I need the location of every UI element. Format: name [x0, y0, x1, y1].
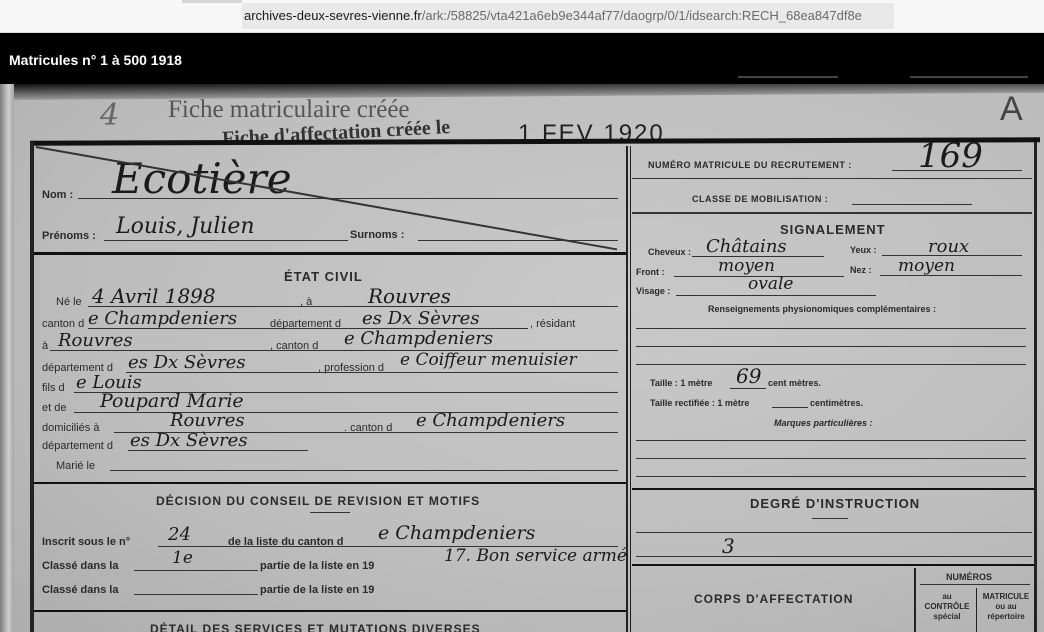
ne-le-value: 4 Avril 1898 [92, 284, 216, 308]
nom-label: Nom : [42, 189, 73, 201]
book-spine-edge [0, 84, 14, 632]
degre-value: 3 [722, 534, 735, 558]
yeux-label: Yeux : [850, 245, 877, 255]
front-value: moyen [718, 256, 775, 276]
prenoms-label: Prénoms : [42, 230, 96, 242]
classe-mob-label: CLASSE DE MOBILISATION : [692, 194, 828, 204]
nez-label: Nez : [850, 265, 872, 275]
a-value: Rouvres [368, 284, 451, 308]
column-divider [630, 146, 631, 632]
frame-left [30, 142, 34, 632]
decision-title: DÉCISION DU CONSEIL DE REVISION ET MOTIF… [156, 494, 480, 508]
canton2-value: e Champdeniers [344, 328, 493, 349]
departement3-value: es Dx Sèvres [130, 430, 248, 451]
browser-tab-indicator [182, 0, 242, 3]
visage-line [676, 295, 876, 296]
classe1-value: 1e [172, 548, 193, 568]
surnoms-line [418, 240, 618, 241]
section-divider [34, 252, 626, 255]
partie1-value: 17. Bon service armé [444, 546, 627, 566]
url-host: archives-deux-sevres-vienne.fr [244, 8, 422, 23]
degre-title: DEGRÉ D'INSTRUCTION [750, 496, 920, 511]
classe1-line [134, 570, 258, 571]
departement3-line [128, 450, 308, 451]
viewer-header: Matricules n° 1 à 500 1918 [0, 34, 1044, 90]
domicilies-label: domiciliés à [42, 422, 99, 434]
residant-label: , résidant [530, 318, 575, 330]
marques-label: Marques particulières : [774, 418, 873, 428]
url-path: /ark:/58825/vta421a6eb9e344af77/daogrp/0… [422, 8, 862, 23]
numeros-col1: au CONTRÔLE spécial [920, 592, 974, 622]
column-divider [976, 588, 977, 632]
section-divider [34, 610, 626, 612]
marie-le-line [110, 470, 618, 471]
marie-le-label: Marié le [56, 460, 95, 472]
classe-mob-line [852, 204, 972, 205]
departement3-label: département d [42, 440, 113, 452]
marques-line [636, 440, 1026, 441]
section-divider [632, 564, 1034, 566]
numero-label: NUMÉRO MATRICULE DU RECRUTEMENT : [648, 160, 852, 170]
nez-value: moyen [898, 256, 955, 276]
header-decoration [910, 76, 1028, 78]
partie1-label: partie de la liste en 19 [260, 560, 374, 572]
et-de-label: et de [42, 402, 66, 414]
residant-a-label: à [42, 340, 48, 352]
yeux-value: roux [928, 236, 969, 257]
canton-label: canton d [42, 318, 84, 330]
taille-label: Taille : 1 mètre [650, 378, 712, 388]
residant-value: Rouvres [58, 330, 133, 351]
page-shadow [0, 84, 1044, 100]
title-underline [812, 518, 848, 519]
prenoms-value: Louis, Julien [116, 214, 255, 239]
taille-unit: cent mètres. [768, 378, 821, 388]
surnoms-label: Surnoms : [350, 229, 404, 241]
services-title: DÉTAIL DES SERVICES ET MUTATIONS DIVERSE… [150, 622, 481, 632]
ne-le-label: Né le [56, 296, 82, 308]
section-divider [632, 178, 1032, 179]
section-divider [632, 212, 1032, 214]
document-scan-image[interactable]: Fiche matriculaire créée Fiche d'affecta… [0, 84, 1044, 632]
renseignements-line [636, 346, 1026, 347]
cheveux-value: Châtains [706, 236, 787, 257]
browser-toolbar: archives-deux-sevres-vienne.fr/ark:/5882… [0, 0, 1044, 33]
frame-right [1034, 142, 1037, 632]
classe2-line [134, 594, 258, 595]
classe2-label: Classé dans la [42, 584, 118, 596]
renseignements-line [636, 328, 1026, 329]
profession-line [126, 372, 618, 373]
marques-line [636, 458, 1026, 459]
inscrit-value: 24 [168, 524, 191, 545]
degre-line [636, 532, 1032, 533]
nom-value: Ecotière [112, 154, 292, 203]
domicilies-value: Rouvres [170, 410, 245, 431]
fils-de-label: fils d [42, 382, 65, 394]
visage-value: ovale [748, 274, 793, 294]
signalement-title: SIGNALEMENT [780, 222, 886, 237]
prenoms-line [104, 240, 348, 241]
taille-rect-label: Taille rectifiée : 1 mètre [650, 398, 749, 408]
numero-value: 169 [918, 136, 983, 176]
departement-value: es Dx Sèvres [362, 308, 480, 329]
numeros-col2: MATRICULE ou au répertoire [978, 592, 1034, 622]
nez-line [880, 275, 1022, 276]
title-underline [310, 512, 350, 513]
corps-title: CORPS D'AFFECTATION [694, 592, 853, 606]
taille-rect-line [772, 407, 808, 408]
taille-rect-unit: centimètres. [810, 398, 863, 408]
canton3-value: e Champdeniers [416, 410, 565, 431]
partie2-label: partie de la liste en 19 [260, 584, 374, 596]
classe1-label: Classé dans la [42, 560, 118, 572]
cheveux-label: Cheveux : [648, 247, 691, 257]
degre-line [636, 556, 1032, 557]
renseignements-line [636, 364, 1026, 365]
corner-letter: A [1000, 90, 1023, 129]
etat-civil-title: ÉTAT CIVIL [284, 269, 363, 284]
a-label: , à [300, 296, 312, 308]
column-divider [914, 568, 916, 632]
address-bar[interactable]: archives-deux-sevres-vienne.fr/ark:/5882… [242, 3, 894, 29]
numeros-brace [920, 584, 1030, 585]
header-decoration [738, 76, 838, 78]
numeros-title: NUMÉROS [946, 572, 992, 582]
front-label: Front : [636, 267, 665, 277]
handwritten-mark: 4 [100, 98, 119, 133]
liste-canton-value: e Champdeniers [378, 522, 535, 544]
visage-label: Visage : [636, 286, 670, 296]
section-divider [632, 488, 1034, 490]
viewer-title: Matricules n° 1 à 500 1918 [9, 52, 182, 68]
marques-line [636, 476, 1026, 477]
inscrit-label: Inscrit sous le n° [42, 536, 130, 548]
canton-value: e Champdeniers [88, 308, 237, 329]
taille-line [730, 388, 766, 389]
profession-value: e Coiffeur menuisier [400, 350, 577, 370]
section-divider [34, 482, 626, 484]
renseignements-label: Renseignements physionomiques complément… [708, 304, 936, 314]
et-de-value: Poupard Marie [100, 390, 244, 412]
taille-value: 69 [736, 364, 761, 388]
departement2-value: es Dx Sèvres [128, 352, 246, 373]
